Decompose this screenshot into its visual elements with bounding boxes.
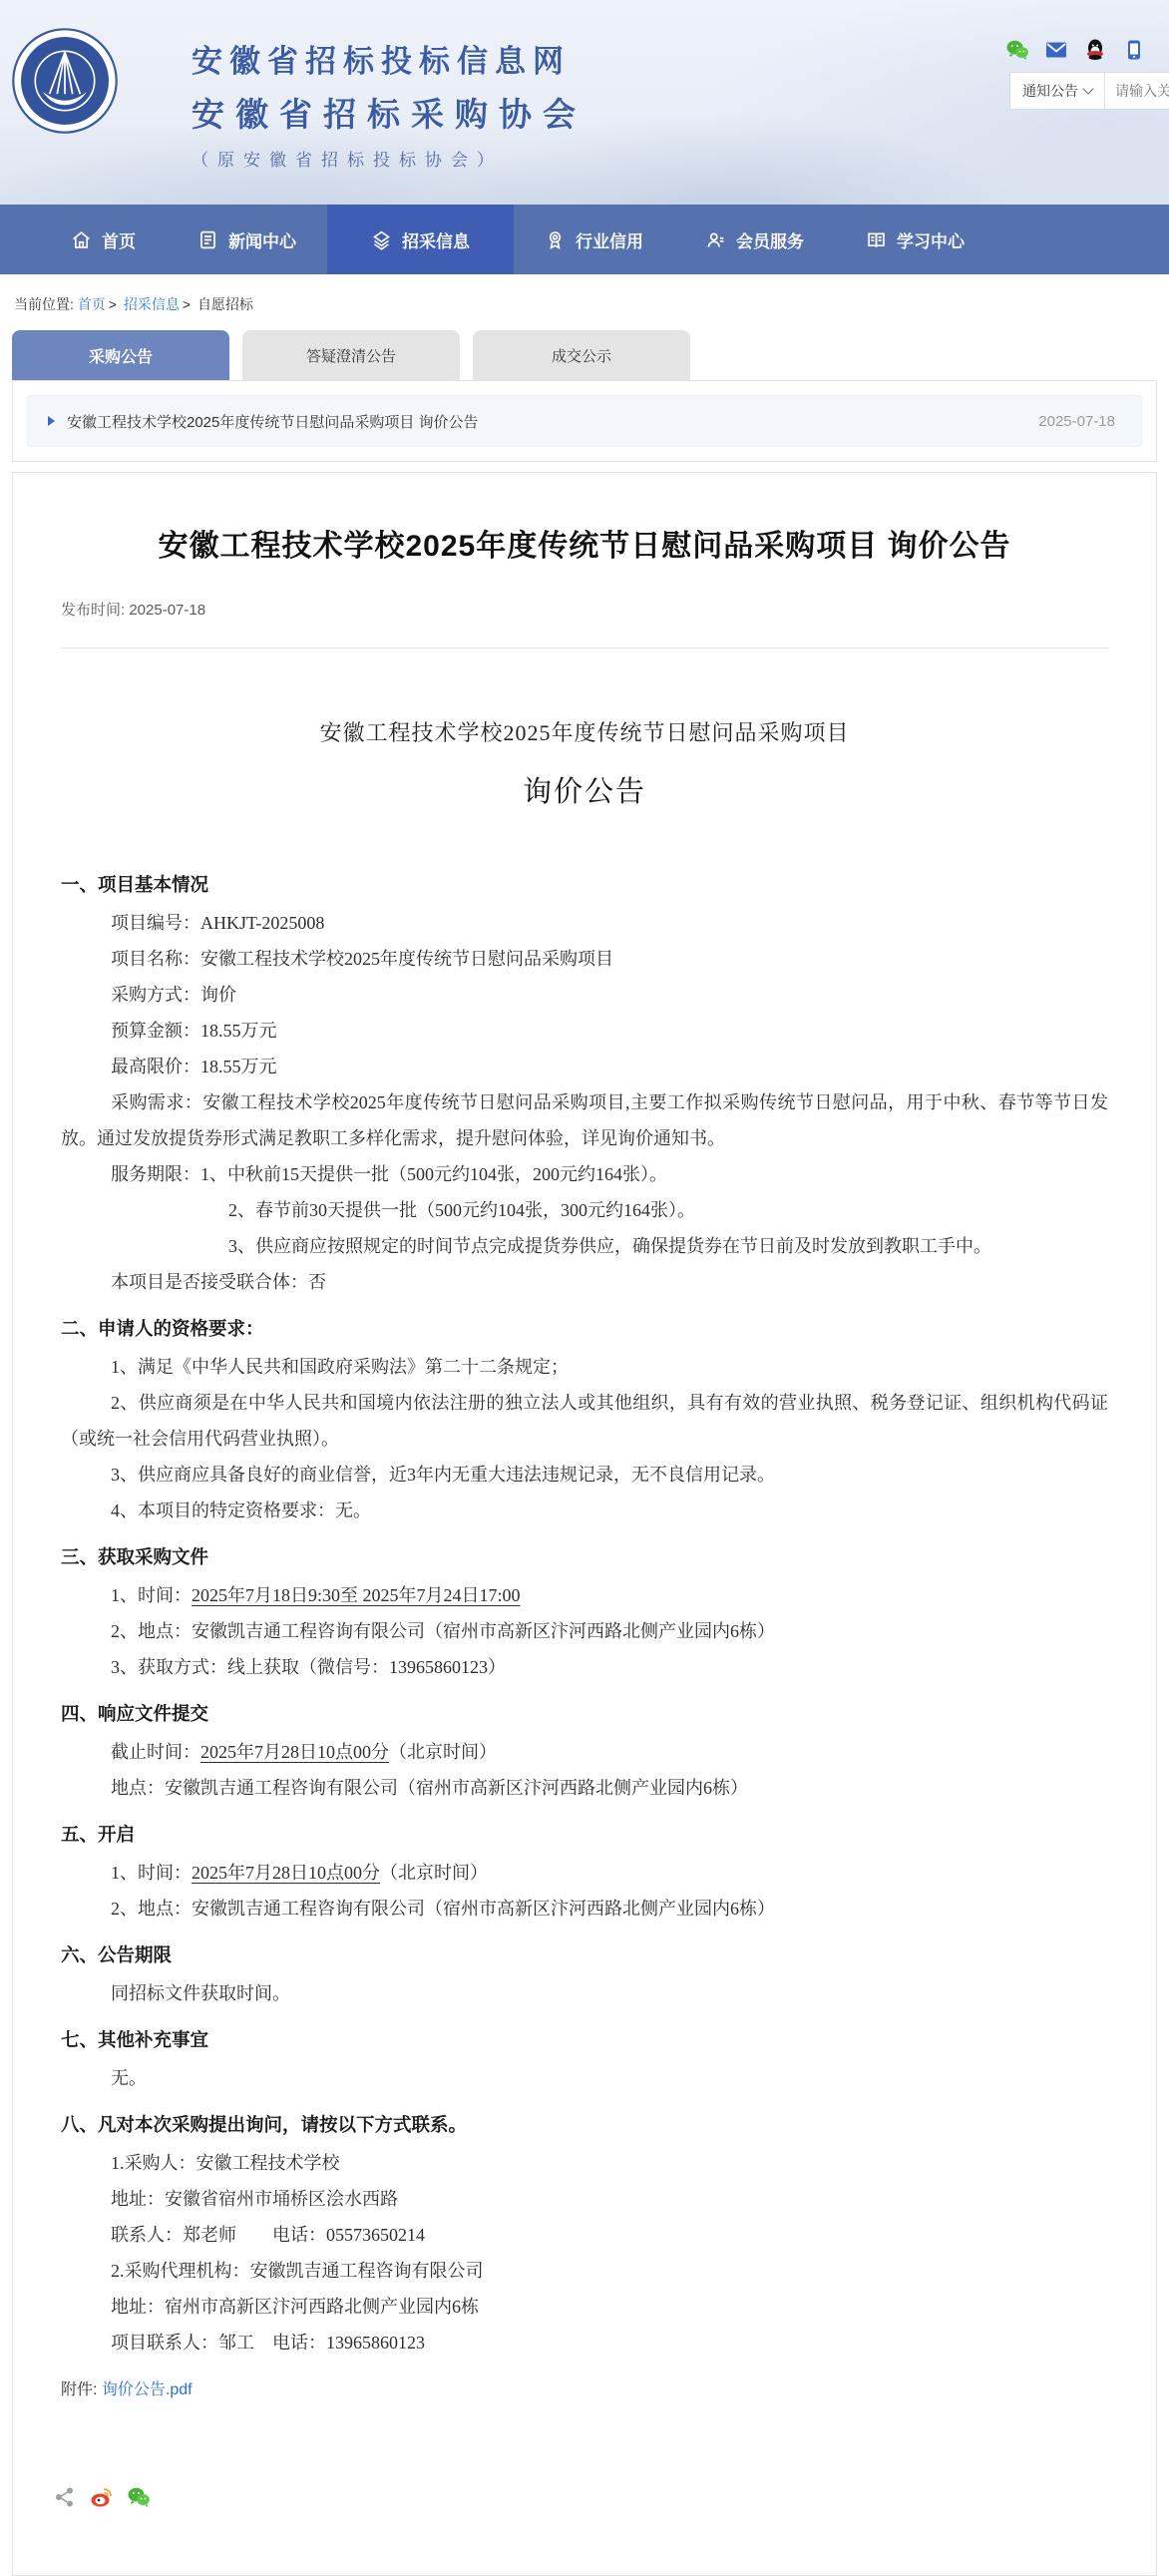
nav-item-credit[interactable]: 行业信用 [514, 205, 674, 274]
attachment-row: 附件: 询价公告.pdf [61, 2376, 1156, 2399]
publish-time: 发布时间: 2025-07-18 [61, 599, 1156, 620]
doc-line: 地址：安徽省宿州市埇桥区浍水西路 [61, 2181, 1108, 2217]
breadcrumb: 当前位置: 首页> 招采信息> 自愿招标 [0, 274, 1169, 330]
member-icon [705, 229, 726, 250]
breadcrumb-label: 当前位置: [14, 296, 74, 312]
share-icon[interactable] [53, 2485, 77, 2509]
doc-line: 本项目是否接受联合体：否 [61, 1264, 1108, 1300]
weibo-icon[interactable] [90, 2485, 114, 2509]
site-titles: 安徽省招标投标信息网 安徽省招标采购协会 （原安徽省招标投标协会） [192, 36, 586, 171]
breadcrumb-home-link[interactable]: 首页 [78, 296, 106, 312]
nav-item-learning[interactable]: 学习中心 [835, 205, 995, 274]
attachment-label: 附件: [61, 2381, 97, 2398]
search-category-label: 通知公告 [1022, 81, 1078, 101]
doc-line: 同招标文件获取时间。 [61, 1975, 1108, 2011]
site-header: 安徽省招标投标信息网 安徽省招标采购协会 （原安徽省招标投标协会） [0, 0, 1169, 205]
header-quick-links [1005, 38, 1146, 62]
doc-line: 地点：安徽凯吉通工程咨询有限公司（宿州市高新区汴河西路北侧产业园内6栋） [61, 1770, 1108, 1806]
list-item-date: 2025-07-18 [1038, 413, 1115, 430]
news-icon [197, 229, 218, 250]
doc-line: 地址：宿州市高新区汴河西路北侧产业园内6栋 [61, 2289, 1108, 2325]
site-logo [10, 26, 120, 136]
search-input[interactable] [1105, 83, 1169, 99]
publish-time-value: 2025-07-18 [129, 602, 205, 619]
site-title-line1: 安徽省招标投标信息网 [192, 36, 586, 81]
section-heading: 八、凡对本次采购提出询问，请按以下方式联系。 [61, 2105, 1108, 2145]
article-panel: 安徽工程技术学校2025年度传统节日慰问品采购项目 询价公告 发布时间: 202… [12, 472, 1157, 2576]
line-underlined-dates: 2025年7月28日10点00分 [200, 1742, 389, 1762]
mail-icon[interactable] [1044, 38, 1068, 62]
nav-item-home[interactable]: 首页 [40, 205, 167, 274]
layers-icon [371, 229, 392, 250]
nav-label: 学习中心 [897, 227, 965, 252]
line-suffix: （北京时间） [389, 1742, 497, 1762]
wechat-icon[interactable] [1005, 38, 1029, 62]
tab-award-publicity[interactable]: 成交公示 [473, 330, 690, 380]
nav-label: 首页 [102, 227, 136, 252]
mobile-icon[interactable] [1122, 38, 1146, 62]
section-heading: 一、项目基本情况 [61, 865, 1108, 905]
doc-line: 2、春节前30天提供一批（500元约104张，300元约164张）。 [61, 1192, 1108, 1228]
line-underlined-dates: 2025年7月18日9:30至 2025年7月24日17:00 [192, 1585, 521, 1605]
document-title-line2: 询价公告 [13, 769, 1156, 810]
breadcrumb-section-link[interactable]: 招采信息 [124, 296, 180, 312]
chevron-down-icon [1082, 83, 1093, 94]
tab-clarification-announcements[interactable]: 答疑澄清公告 [242, 330, 460, 380]
doc-line: 2、地点：安徽凯吉通工程咨询有限公司（宿州市高新区汴河西路北侧产业园内6栋） [61, 1891, 1108, 1927]
section-heading: 四、响应文件提交 [61, 1694, 1108, 1734]
medal-icon [545, 229, 566, 250]
doc-line: 1、满足《中华人民共和国政府采购法》第二十二条规定； [61, 1349, 1108, 1385]
breadcrumb-current: 自愿招标 [197, 296, 253, 312]
doc-paragraph: 2、供应商须是在中华人民共和国境内依法注册的独立法人或其他组织，具有有效的营业执… [61, 1385, 1108, 1457]
doc-line: 2、地点：安徽凯吉通工程咨询有限公司（宿州市高新区汴河西路北侧产业园内6栋） [61, 1613, 1108, 1649]
bullet-triangle-icon [48, 416, 55, 426]
divider [61, 647, 1108, 648]
section-heading: 五、开启 [61, 1815, 1108, 1855]
doc-line: 项目联系人：邹工 电话：13965860123 [61, 2325, 1108, 2361]
doc-line: 3、供应商应按照规定的时间节点完成提货券供应，确保提货券在节日前及时发放到教职工… [61, 1228, 1108, 1264]
doc-line: 无。 [61, 2060, 1108, 2096]
section-heading: 六、公告期限 [61, 1935, 1108, 1975]
doc-line: 服务期限：1、中秋前15天提供一批（500元约104张，200元约164张）。 [61, 1156, 1108, 1192]
site-title-line2: 安徽省招标采购协会 [192, 89, 586, 136]
nav-item-more[interactable] [1156, 205, 1169, 274]
doc-line: 3、获取方式：线上获取（微信号：13965860123） [61, 1649, 1108, 1685]
tab-bar: 采购公告 答疑澄清公告 成交公示 [0, 330, 1169, 380]
doc-line: 2.采购代理机构：安徽凯吉通工程咨询有限公司 [61, 2253, 1108, 2289]
nav-item-news[interactable]: 新闻中心 [167, 205, 327, 274]
home-icon [71, 229, 92, 250]
doc-line: 采购方式：询价 [61, 977, 1108, 1013]
doc-line: 3、供应商应具备良好的商业信誉，近3年内无重大违法违规记录，无不良信用记录。 [61, 1457, 1108, 1493]
qq-icon[interactable] [1083, 38, 1107, 62]
doc-line-time-range: 1、时间：2025年7月18日9:30至 2025年7月24日17:00 [61, 1577, 1108, 1613]
nav-item-bid-info[interactable]: 招采信息 [327, 205, 514, 274]
line-underlined-dates: 2025年7月28日10点00分 [192, 1863, 380, 1883]
attachment-link[interactable]: 询价公告.pdf [102, 2381, 193, 2398]
doc-paragraph: 采购需求：安徽工程技术学校2025年度传统节日慰问品采购项目,主要工作拟采购传统… [61, 1084, 1108, 1156]
wechat-share-icon[interactable] [127, 2485, 151, 2509]
search-bar: 通知公告 [1009, 72, 1169, 110]
nav-label: 招采信息 [402, 227, 470, 252]
nav-item-member[interactable]: 会员服务 [674, 205, 835, 274]
search-category-dropdown[interactable]: 通知公告 [1010, 73, 1105, 109]
line-prefix: 1、时间： [111, 1863, 192, 1883]
doc-line: 预算金额：18.55万元 [61, 1013, 1108, 1049]
line-suffix: （北京时间） [380, 1863, 488, 1883]
section-heading: 三、获取采购文件 [61, 1537, 1108, 1577]
section-heading: 七、其他补充事宜 [61, 2020, 1108, 2060]
main-nav: 首页 新闻中心 招采信息 行业信用 会员服务 学习中心 [0, 205, 1169, 274]
nav-label: 会员服务 [736, 227, 804, 252]
doc-line: 联系人：郑老师 电话：05573650214 [61, 2217, 1108, 2253]
line-prefix: 截止时间： [111, 1742, 200, 1762]
nav-label: 行业信用 [576, 227, 643, 252]
tab-procurement-announcements[interactable]: 采购公告 [12, 330, 229, 380]
doc-line-open-time: 1、时间：2025年7月28日10点00分（北京时间） [61, 1855, 1108, 1891]
doc-line: 项目编号：AHKJT-2025008 [61, 905, 1108, 941]
doc-line: 1.采购人：安徽工程技术学校 [61, 2145, 1108, 2181]
book-icon [866, 229, 887, 250]
document-title-line1: 安徽工程技术学校2025年度传统节日慰问品采购项目 [13, 716, 1156, 747]
doc-line: 4、本项目的特定资格要求：无。 [61, 1493, 1108, 1528]
nav-label: 新闻中心 [228, 227, 296, 252]
breadcrumb-separator: > [183, 296, 191, 312]
doc-line-deadline: 截止时间：2025年7月28日10点00分（北京时间） [61, 1734, 1108, 1770]
page-title: 安徽工程技术学校2025年度传统节日慰问品采购项目 询价公告 [13, 521, 1156, 565]
list-item[interactable]: 安徽工程技术学校2025年度传统节日慰问品采购项目 询价公告 2025-07-1… [27, 395, 1142, 447]
list-item-title[interactable]: 安徽工程技术学校2025年度传统节日慰问品采购项目 询价公告 [67, 411, 479, 432]
doc-line: 项目名称：安徽工程技术学校2025年度传统节日慰问品采购项目 [61, 941, 1108, 977]
announcement-list-panel: 安徽工程技术学校2025年度传统节日慰问品采购项目 询价公告 2025-07-1… [12, 380, 1157, 462]
document-body: 一、项目基本情况 项目编号：AHKJT-2025008 项目名称：安徽工程技术学… [13, 810, 1156, 2361]
site-title-line3: （原安徽省招标投标协会） [192, 146, 586, 171]
section-heading: 二、申请人的资格要求： [61, 1309, 1108, 1349]
line-prefix: 1、时间： [111, 1585, 192, 1605]
doc-line: 最高限价：18.55万元 [61, 1049, 1108, 1084]
breadcrumb-separator: > [109, 296, 117, 312]
publish-time-label: 发布时间: [61, 602, 125, 619]
share-bar [53, 2485, 1156, 2509]
